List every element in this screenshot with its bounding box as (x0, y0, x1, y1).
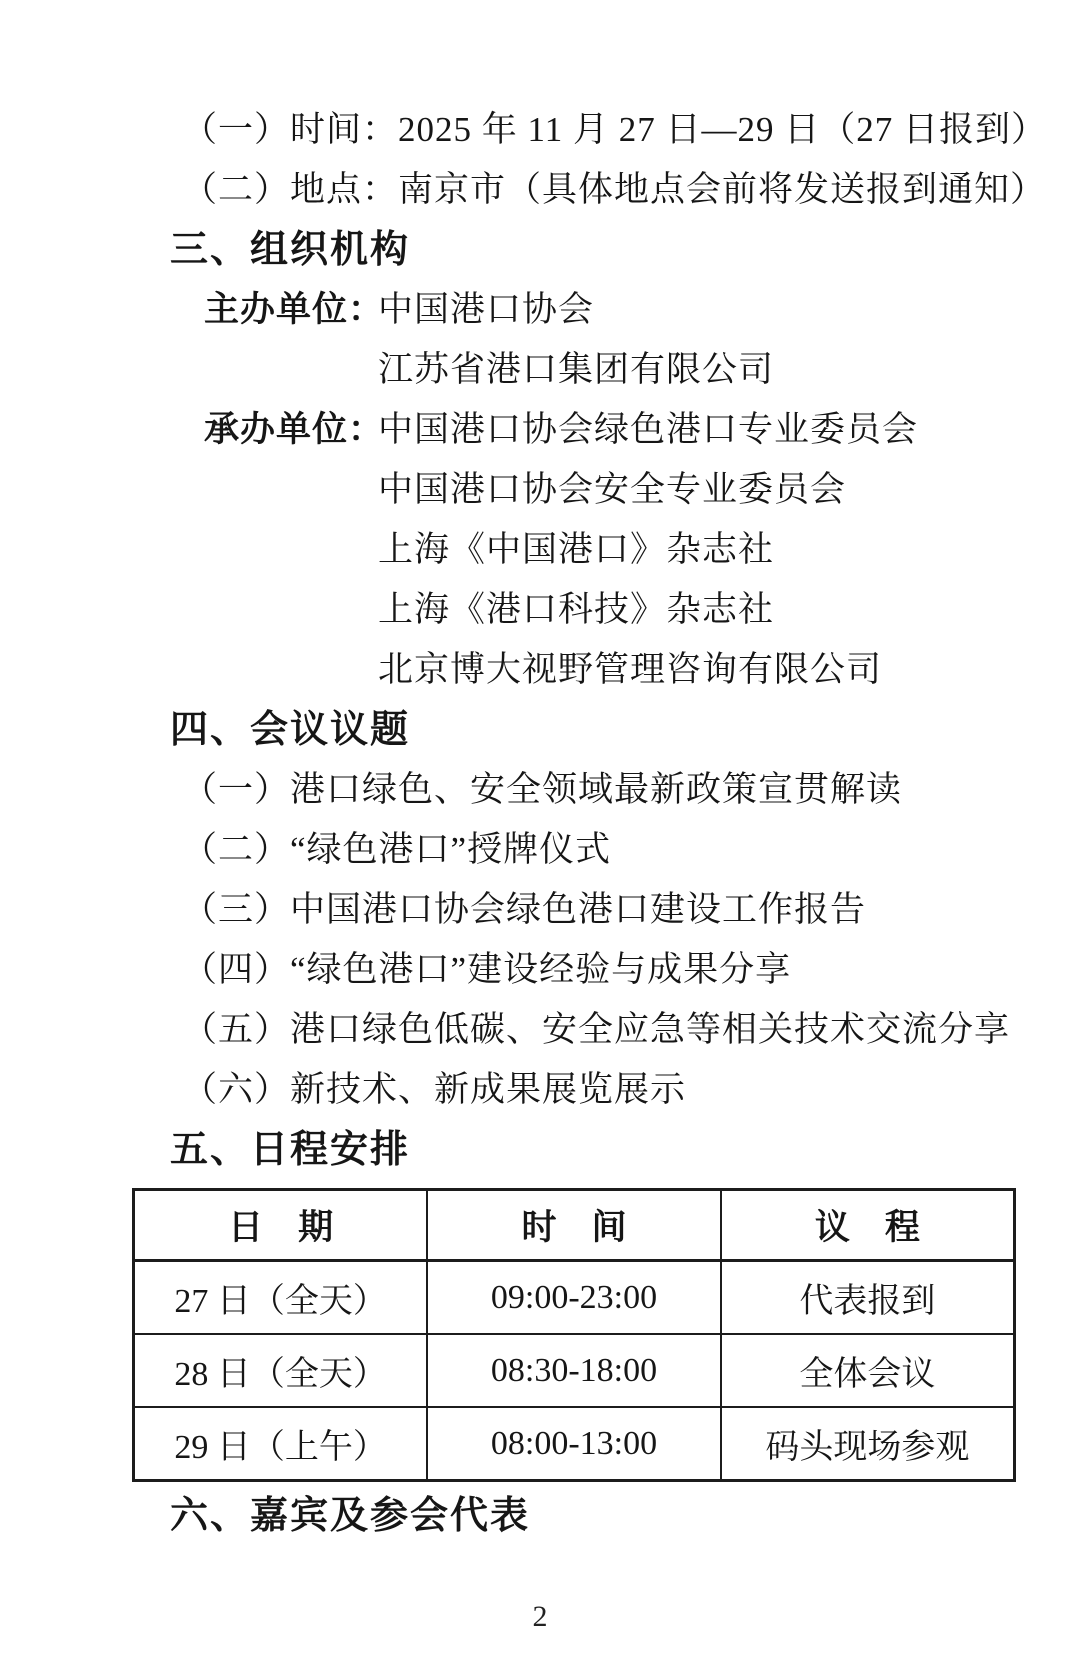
organizer-unit-value: 中国港口协会安全专业委员会 (124, 460, 1010, 520)
table-row: 27 日（全天） 09:00-23:00 代表报到 (134, 1261, 1015, 1335)
meeting-time-line: （一）时间：2025 年 11 月 27 日—29 日（27 日报到） (124, 100, 1010, 160)
table-header-agenda: 议 程 (721, 1190, 1015, 1261)
section-heading-organization: 三、组织机构 (124, 220, 1010, 280)
section-heading-guests: 六、嘉宾及参会代表 (124, 1486, 1010, 1546)
host-unit-value: 江苏省港口集团有限公司 (124, 340, 1010, 400)
table-cell-time: 08:30-18:00 (427, 1334, 721, 1407)
topic-item: （三）中国港口协会绿色港口建设工作报告 (124, 880, 1010, 940)
organizer-unit-value: 北京博大视野管理咨询有限公司 (124, 640, 1010, 700)
section-heading-schedule: 五、日程安排 (124, 1120, 1010, 1180)
table-row: 29 日（上午） 08:00-13:00 码头现场参观 (134, 1407, 1015, 1481)
topic-item: （四）“绿色港口”建设经验与成果分享 (124, 940, 1010, 1000)
organizer-unit-value: 中国港口协会绿色港口专业委员会 (378, 400, 918, 460)
table-cell-agenda: 码头现场参观 (721, 1407, 1015, 1481)
table-cell-date: 29 日（上午） (134, 1407, 428, 1481)
table-cell-time: 09:00-23:00 (427, 1261, 721, 1335)
table-header-date: 日 期 (134, 1190, 428, 1261)
table-row: 28 日（全天） 08:30-18:00 全体会议 (134, 1334, 1015, 1407)
organizer-unit-value: 上海《港口科技》杂志社 (124, 580, 1010, 640)
page-number: 2 (0, 1600, 1080, 1634)
host-unit-label: 主办单位： (124, 280, 378, 340)
table-cell-agenda: 全体会议 (721, 1334, 1015, 1407)
host-unit-row: 主办单位： 中国港口协会 (124, 280, 1010, 340)
organizer-unit-row: 承办单位： 中国港口协会绿色港口专业委员会 (124, 400, 1010, 460)
topic-item: （五）港口绿色低碳、安全应急等相关技术交流分享 (124, 1000, 1010, 1060)
table-cell-date: 28 日（全天） (134, 1334, 428, 1407)
topic-item: （二）“绿色港口”授牌仪式 (124, 820, 1010, 880)
schedule-table: 日 期 时 间 议 程 27 日（全天） 09:00-23:00 代表报到 28… (132, 1188, 1016, 1482)
organizer-unit-label: 承办单位： (124, 400, 378, 460)
table-cell-date: 27 日（全天） (134, 1261, 428, 1335)
host-unit-value: 中国港口协会 (378, 280, 594, 340)
table-cell-time: 08:00-13:00 (427, 1407, 721, 1481)
table-header-time: 时 间 (427, 1190, 721, 1261)
meeting-venue-line: （二）地点：南京市（具体地点会前将发送报到通知） (124, 160, 1010, 220)
topic-item: （六）新技术、新成果展览展示 (124, 1060, 1010, 1120)
topic-item: （一）港口绿色、安全领域最新政策宣贯解读 (124, 760, 1010, 820)
table-header-row: 日 期 时 间 议 程 (134, 1190, 1015, 1261)
table-cell-agenda: 代表报到 (721, 1261, 1015, 1335)
section-heading-topics: 四、会议议题 (124, 700, 1010, 760)
organizer-unit-value: 上海《中国港口》杂志社 (124, 520, 1010, 580)
document-page: （一）时间：2025 年 11 月 27 日—29 日（27 日报到） （二）地… (0, 0, 1080, 1546)
